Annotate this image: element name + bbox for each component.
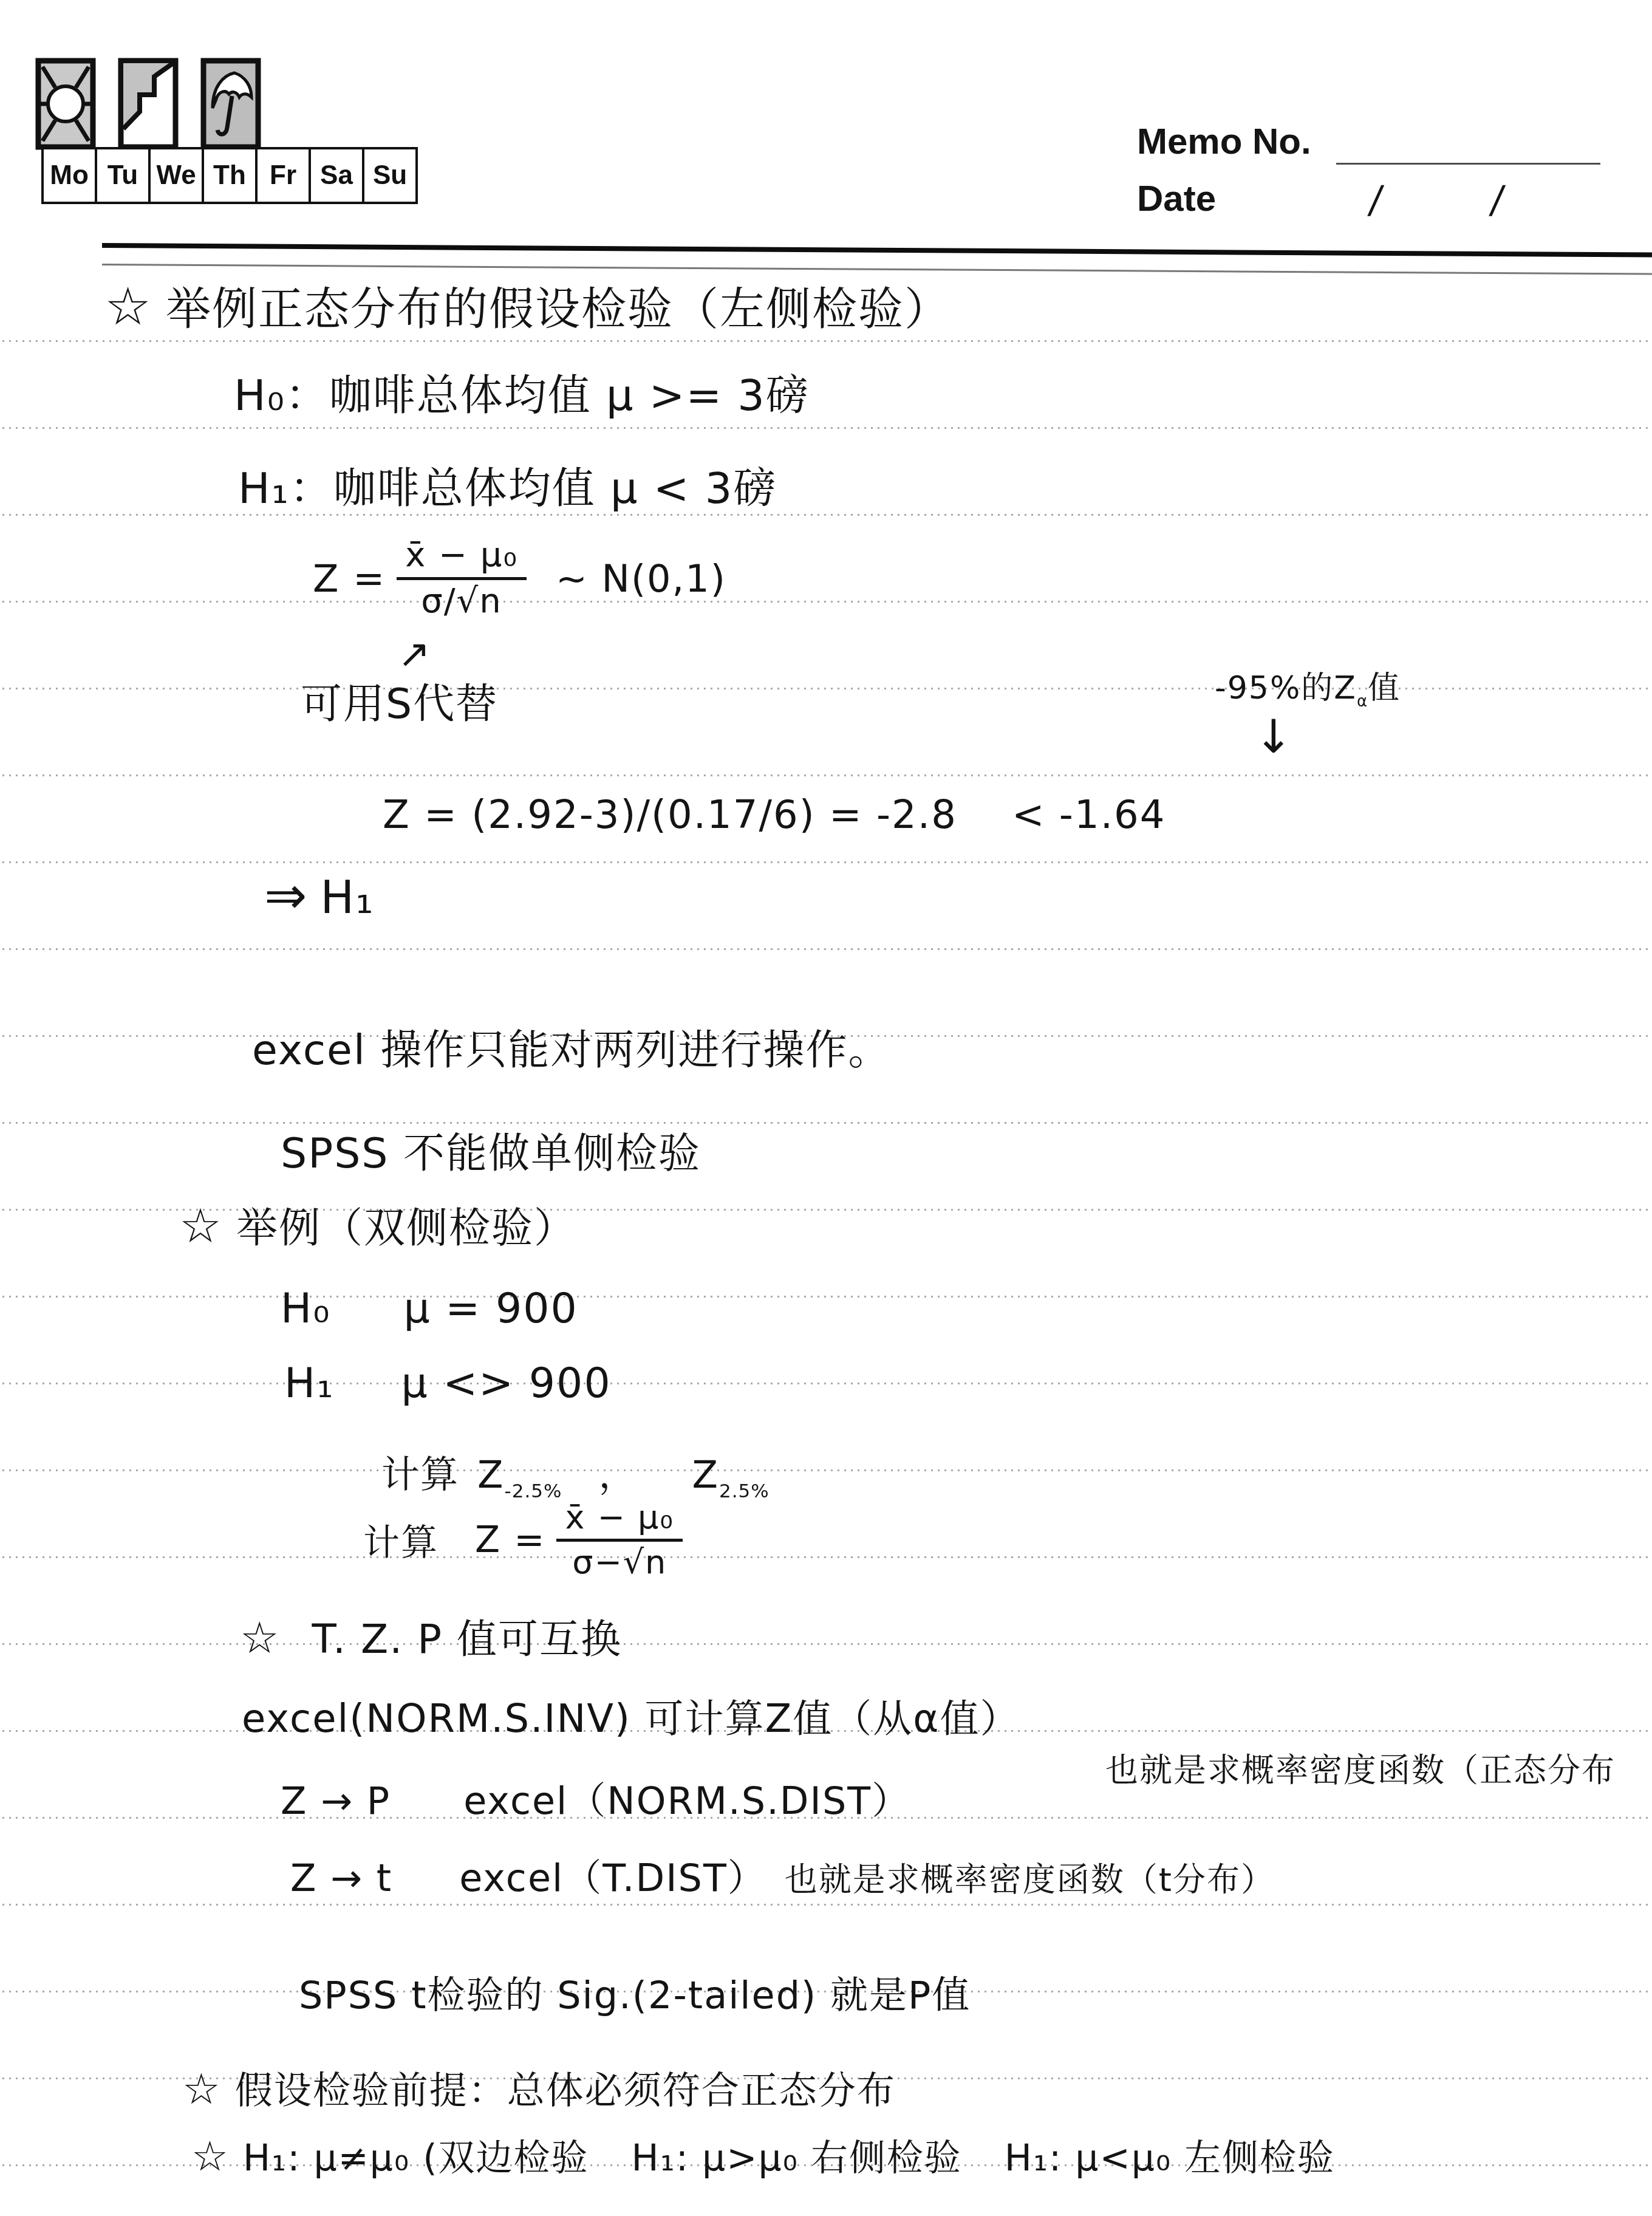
date-label: Date: [1137, 177, 1216, 219]
memo-no-label: Memo No.: [1137, 120, 1311, 162]
weather-stamps: [35, 56, 261, 152]
note-title-line: ☆举例正态分布的假设检验（左侧检验）: [104, 273, 951, 338]
fraction-numerator: x̄ − μ₀: [556, 1500, 683, 1542]
star-bullet: ☆: [104, 276, 152, 337]
fraction-denominator: σ/√n: [412, 580, 511, 620]
z-calculation-comparison: < -1.64: [1012, 793, 1166, 838]
z-to-p-annotation: 也就是求概率密度函数（正态分布: [1105, 1745, 1616, 1791]
z-subscript: -2.5%: [505, 1480, 562, 1502]
z-alpha-prefix: -95%的Z: [1215, 670, 1357, 706]
z-to-t-annotation: 也就是求概率密度函数（t分布）: [785, 1861, 1275, 1899]
date-slash: /: [1367, 177, 1387, 222]
z-alpha-suffix: 值: [1368, 670, 1401, 706]
spss-note: SPSS 不能做单侧检验: [281, 1121, 701, 1180]
star-bullet: ☆: [240, 1612, 281, 1663]
umbrella-icon: [200, 56, 261, 152]
summary-part1: H₁: μ≠μ₀ (双边检验: [243, 2137, 589, 2180]
excel-function: excel（NORM.S.DIST）: [463, 1779, 910, 1823]
weekday-cell: Th: [203, 147, 256, 204]
calc-z-formula-line: 计算 Z = x̄ − μ₀ σ−√n: [363, 1500, 694, 1579]
z-alpha-subscript: α: [1357, 692, 1368, 711]
norm-inv-note: excel(NORM.S.INV) 可计算Z值（从α值）: [242, 1688, 1020, 1743]
example2-title-line: ☆举例（双侧检验）: [179, 1195, 576, 1254]
fraction: x̄ − μ₀ σ−√n: [556, 1500, 683, 1579]
conclusion-text: H₁: [320, 872, 374, 924]
excel-note: excel 操作只能对两列进行操作。: [252, 1017, 890, 1076]
z-calculation-expression: Z = (2.92-3)/(0.17/6) = -2.8: [383, 793, 957, 838]
implies-arrow-icon: ⇒: [264, 866, 308, 925]
hypothesis-text: 咖啡总体均值 μ >= 3磅: [329, 371, 810, 420]
header-rule-thick: [102, 243, 1652, 258]
conclusion-line: ⇒H₁: [264, 866, 375, 925]
partly-cloudy-icon: [118, 56, 179, 152]
calc-label: 计算: [381, 1452, 459, 1497]
z-to-p-line: Z → Pexcel（NORM.S.DIST）: [281, 1771, 910, 1825]
weekday-cell: Sa: [310, 147, 363, 204]
note-h0-coffee: H₀：咖啡总体均值 μ >= 3磅: [234, 361, 810, 423]
premise-line: ☆假设检验前提：总体必须符合正态分布: [182, 2060, 896, 2115]
memo-no-line: [1336, 163, 1600, 165]
mapping-text: Z → t: [290, 1856, 392, 1900]
tzp-note-line: ☆T. Z. P 值可互换: [240, 1607, 622, 1664]
hypothesis-text: 咖啡总体均值 μ < 3磅: [333, 463, 777, 513]
formula-lhs: Z =: [475, 1519, 545, 1561]
z-calculation-line: Z = (2.92-3)/(0.17/6) = -2.8< -1.64: [383, 793, 1166, 838]
hypothesis-label: H₁: [238, 463, 290, 513]
note-h1-coffee: H₁：咖啡总体均值 μ < 3磅: [238, 454, 777, 516]
calc-label: 计算: [363, 1514, 439, 1566]
sun-icon: [35, 56, 96, 152]
sig-note: SPSS t检验的 Sig.(2-tailed) 就是P值: [299, 1965, 971, 2019]
mapping-text: Z → P: [281, 1779, 391, 1823]
down-arrow-icon: ↓: [1254, 710, 1294, 764]
note-h1-900: H₁μ <> 900: [284, 1359, 612, 1407]
weekday-cell: Mo: [41, 147, 96, 204]
z-symbol: Z: [477, 1452, 504, 1497]
colon: ：: [290, 463, 333, 513]
weekday-cell: Fr: [256, 147, 310, 204]
hypothesis-label: H₀: [281, 1285, 330, 1333]
fraction-numerator: x̄ − μ₀: [397, 538, 527, 580]
z-alpha-note: -95%的Zα值: [1215, 662, 1401, 711]
fraction-denominator: σ−√n: [564, 1542, 675, 1580]
up-right-arrow-icon: ↗: [398, 632, 432, 677]
hypothesis-text: μ = 900: [403, 1285, 578, 1333]
example2-title-text: 举例（双侧检验）: [236, 1205, 576, 1253]
date-slash: /: [1488, 177, 1508, 222]
weekday-cell: We: [149, 147, 203, 204]
hypothesis-summary-line: ☆H₁: μ≠μ₀ (双边检验H₁: μ>μ₀ 右侧检验H₁: μ<μ₀ 左侧检…: [191, 2129, 1335, 2181]
excel-function: excel（T.DIST）: [459, 1856, 766, 1900]
memo-page: Mo Tu We Th Fr Sa Su Memo No. Date / / ☆…: [0, 0, 1652, 2216]
premise-text: 假设检验前提：总体必须符合正态分布: [235, 2068, 896, 2113]
star-bullet: ☆: [182, 2064, 222, 2114]
summary-part3: H₁: μ<μ₀ 左侧检验: [1005, 2137, 1335, 2180]
hypothesis-text: μ <> 900: [401, 1359, 611, 1407]
fraction: x̄ − μ₀ σ/√n: [397, 538, 527, 620]
z-formula: Z = x̄ − μ₀ σ/√n ∼ N(0,1): [313, 538, 726, 620]
hypothesis-label: H₀: [234, 371, 285, 420]
note-h0-900: H₀μ = 900: [281, 1285, 578, 1333]
star-bullet: ☆: [179, 1199, 223, 1254]
distribution-text: ∼ N(0,1): [556, 556, 726, 601]
formula-lhs: Z =: [313, 556, 386, 601]
substitute-note-text: 可用S代替: [301, 671, 498, 730]
star-bullet: ☆: [191, 2133, 230, 2181]
z-symbol: Z: [692, 1452, 718, 1497]
hypothesis-label: H₁: [284, 1359, 334, 1407]
calc-z-alpha-line: 计算Z-2.5%，Z2.5%: [381, 1445, 770, 1502]
summary-part2: H₁: μ>μ₀ 右侧检验: [632, 2137, 962, 2180]
note-title-text: 举例正态分布的假设检验（左侧检验）: [166, 283, 951, 335]
weekday-cell: Tu: [96, 147, 149, 204]
z-to-t-line: Z → texcel（T.DIST）也就是求概率密度函数（t分布）: [290, 1848, 1275, 1902]
z-subscript: 2.5%: [719, 1480, 770, 1502]
tzp-note-text: T. Z. P 值可互换: [312, 1616, 622, 1663]
colon: ：: [285, 371, 329, 420]
comma: ，: [598, 1452, 637, 1497]
weekday-strip: Mo Tu We Th Fr Sa Su: [41, 147, 418, 204]
weekday-cell: Su: [363, 147, 418, 204]
